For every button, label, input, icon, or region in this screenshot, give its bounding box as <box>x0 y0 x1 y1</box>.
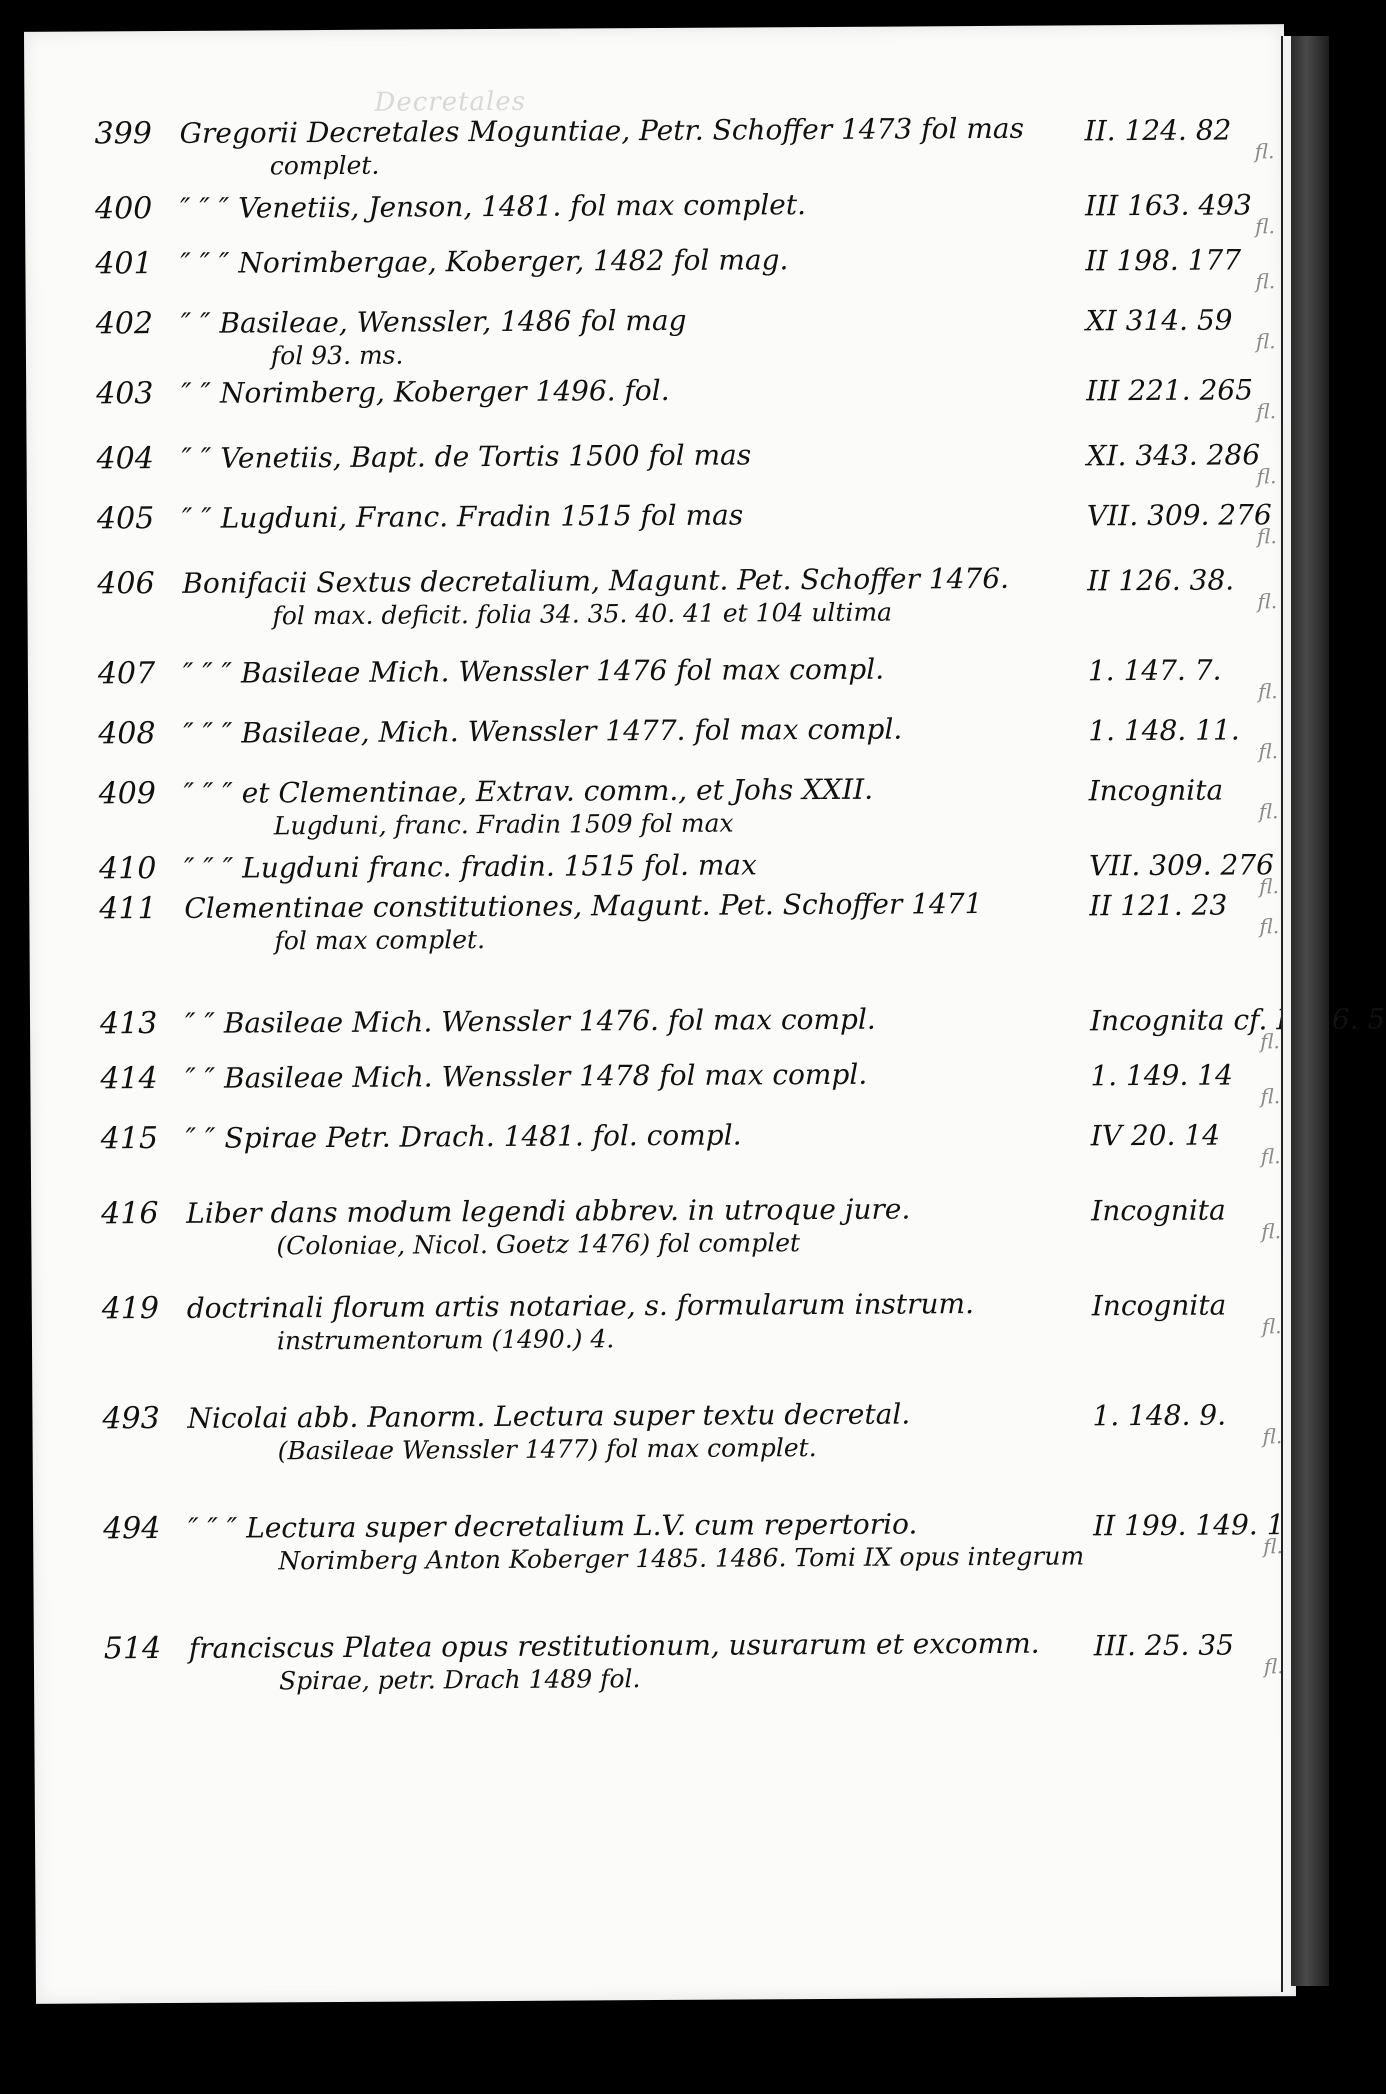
entry-number: 415 <box>101 1121 171 1156</box>
catalogue-entry: 407″ ″ ″ Basileae Mich. Wenssler 1476 fo… <box>98 649 1288 691</box>
catalogue-entry: 494″ ″ ″ Lectura super decretalium L.V. … <box>103 1504 1293 1578</box>
entry-reference: XI 314. 59 <box>1086 303 1266 337</box>
entry-continuation: (Coloniae, Nicol. Goetz 1476) fol comple… <box>101 1224 1291 1263</box>
entry-continuation: Lugduni, franc. Fradin 1509 fol max <box>99 804 1289 843</box>
entry-number: 401 <box>95 246 165 281</box>
entry-list: 399Gregorii Decretales Moguntiae, Petr. … <box>24 24 1284 32</box>
entry-number: 409 <box>99 776 169 811</box>
entry-number: 414 <box>100 1061 170 1096</box>
page-edge <box>1281 36 1291 1992</box>
entry-number: 406 <box>97 566 167 601</box>
entry-number: 404 <box>96 441 166 476</box>
entry-reference: III 163. 493 <box>1085 188 1265 222</box>
entry-number: 403 <box>96 376 166 411</box>
catalogue-entry: 402″ ″ Basileae, Wenssler, 1486 fol magf… <box>96 299 1286 373</box>
catalogue-entry: 411Clementinae constitutiones, Magunt. P… <box>99 884 1289 958</box>
entry-continuation: instrumentorum (1490.) 4. <box>102 1319 1292 1358</box>
entry-reference: 1. 149. 14 <box>1090 1058 1270 1092</box>
entry-number: 399 <box>95 116 165 151</box>
entry-reference: II 126. 38. <box>1087 563 1267 597</box>
entry-number: 408 <box>98 716 168 751</box>
entry-continuation: complet. <box>95 144 1285 183</box>
catalogue-entry: 410″ ″ ″ Lugduni franc. fradin. 1515 fol… <box>99 844 1289 886</box>
catalogue-entry: 514franciscus Platea opus restitutionum,… <box>104 1624 1294 1698</box>
entry-number: 405 <box>97 501 167 536</box>
catalogue-entry: 403″ ″ Norimberg, Koberger 1496. fol.III… <box>96 369 1286 411</box>
entry-number: 407 <box>98 656 168 691</box>
entry-number: 419 <box>102 1291 172 1326</box>
catalogue-entry: 405″ ″ Lugduni, Franc. Fradin 1515 fol m… <box>97 494 1287 536</box>
catalogue-entry: 415″ ″ Spirae Petr. Drach. 1481. fol. co… <box>101 1114 1291 1156</box>
entry-number: 413 <box>100 1006 170 1041</box>
entry-number: 416 <box>101 1196 171 1231</box>
entry-reference: 1. 148. 11. <box>1088 713 1268 747</box>
catalogue-entry: 493Nicolai abb. Panorm. Lectura super te… <box>102 1394 1292 1468</box>
entry-reference: 1. 148. 9. <box>1092 1398 1272 1432</box>
catalogue-entry: 409″ ″ ″ et Clementinae, Extrav. comm., … <box>99 769 1289 843</box>
entry-continuation: fol 93. ms. <box>96 334 1286 373</box>
manuscript-page: Decretales 399Gregorii Decretales Mogunt… <box>24 24 1296 2004</box>
book-spine <box>1291 36 1329 1986</box>
entry-reference: VII. 309. 276 <box>1087 498 1267 532</box>
entry-reference: Incognita cf. I 146. 5 <box>1090 1003 1270 1037</box>
entry-number: 402 <box>96 306 166 341</box>
entry-number: 400 <box>95 191 165 226</box>
entry-reference: Incognita <box>1091 1193 1271 1227</box>
catalogue-entry: 400″ ″ ″ Venetiis, Jenson, 1481. fol max… <box>95 184 1285 226</box>
catalogue-entry: 413″ ″ Basileae Mich. Wenssler 1476. fol… <box>100 999 1290 1041</box>
entry-number: 514 <box>104 1631 174 1666</box>
catalogue-entry: 404″ ″ Venetiis, Bapt. de Tortis 1500 fo… <box>96 434 1286 476</box>
entry-reference: 1. 147. 7. <box>1088 653 1268 687</box>
entry-continuation: Spirae, petr. Drach 1489 fol. <box>104 1659 1294 1698</box>
entry-reference: II. 124. 82 <box>1085 113 1265 147</box>
entry-reference: IV 20. 14 <box>1091 1118 1271 1152</box>
entry-number: 411 <box>99 891 169 926</box>
catalogue-entry: 401″ ″ ″ Norimbergae, Koberger, 1482 fol… <box>95 239 1285 281</box>
catalogue-entry: 416Liber dans modum legendi abbrev. in u… <box>101 1189 1291 1263</box>
catalogue-entry: 419doctrinali florum artis notariae, s. … <box>102 1284 1292 1358</box>
entry-continuation: fol max. deficit. folia 34. 35. 40. 41 e… <box>97 594 1287 633</box>
catalogue-entry: 408″ ″ ″ Basileae, Mich. Wenssler 1477. … <box>98 709 1288 751</box>
entry-reference: VII. 309. 276 <box>1089 848 1269 882</box>
catalogue-entry: 399Gregorii Decretales Moguntiae, Petr. … <box>95 109 1285 183</box>
entry-reference: II 121. 23 <box>1089 888 1269 922</box>
entry-reference: II 199. 149. 150 <box>1093 1508 1273 1542</box>
entry-reference: III. 25. 35 <box>1094 1628 1274 1662</box>
entry-number: 410 <box>99 851 169 886</box>
entry-continuation: Norimberg Anton Koberger 1485. 1486. Tom… <box>103 1539 1293 1578</box>
entry-reference: XI. 343. 286 <box>1086 438 1266 472</box>
entry-reference: II 198. 177 <box>1085 243 1265 277</box>
entry-reference: III 221. 265 <box>1086 373 1266 407</box>
catalogue-entry: 414″ ″ Basileae Mich. Wenssler 1478 fol … <box>100 1054 1290 1096</box>
entry-reference: Incognita <box>1089 773 1269 807</box>
catalogue-entry: 406Bonifacii Sextus decretalium, Magunt.… <box>97 559 1287 633</box>
entry-continuation: fol max complet. <box>99 919 1289 958</box>
entry-reference: Incognita <box>1092 1288 1272 1322</box>
entry-number: 493 <box>102 1401 172 1436</box>
entry-continuation: (Basileae Wenssler 1477) fol max complet… <box>103 1429 1293 1468</box>
entry-number: 494 <box>103 1511 173 1546</box>
